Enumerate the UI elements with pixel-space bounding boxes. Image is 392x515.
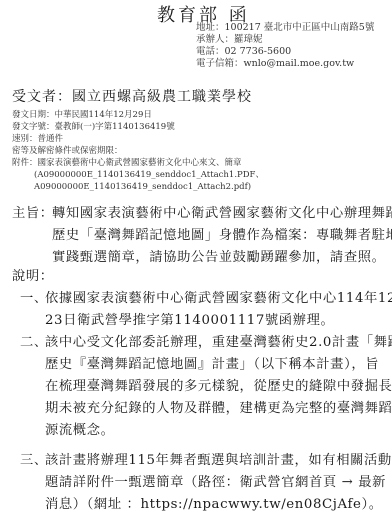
item-line: 依據國家表演藝術中心衛武營國家藝術文化中心114年12月: [45, 288, 392, 310]
subject-label: 主旨：: [12, 203, 54, 225]
subject-line: 實踐甄選簡章，請協助公告並鼓勵踴躍參加，請查照。: [52, 247, 386, 269]
subject-line: 歷史「臺灣舞蹈記憶地圖」身體作為檔案：專職舞者駐地: [52, 225, 392, 247]
item-line: 歷史『臺灣舞蹈記憶地圖』計畫」（以下稱本計畫），旨: [45, 354, 379, 376]
issue-date: 發文日期：中華民國114年12月29日: [12, 109, 152, 121]
item-line: 在梳理臺灣舞蹈發展的多元樣貌，從歷史的縫隙中發掘長: [45, 376, 392, 398]
document-number: 發文字號：臺教師(一)字第1140136419號: [12, 121, 175, 133]
item-line: 源流概念。: [45, 420, 114, 442]
item-marker: 二、: [20, 332, 48, 354]
item-marker: 三、: [20, 450, 48, 472]
item-line[interactable]: 消息）（網址 ：https://npacwwy.tw/en08CjAfe）。: [45, 494, 383, 515]
contact-email: 電子信箱：wnlo@mail.moe.gov.tw: [196, 58, 354, 70]
description-label: 說明：: [12, 266, 54, 288]
speed-class: 速別：普通件: [12, 133, 63, 145]
item-line: 題請詳附件一甄選簡章（路徑：衛武營官網首頁 → 最新: [45, 472, 386, 494]
attachment-file-1[interactable]: (A09000000E_1140136419_senddoc1_Attach1.…: [34, 169, 264, 181]
attachment-file-2[interactable]: A09000000E_1140136419_senddoc1_Attach2.p…: [34, 181, 251, 193]
item-marker: 一、: [20, 288, 48, 310]
item-line: 期未被充分紀錄的人物及群體，建構更為完整的臺灣舞蹈: [45, 398, 392, 420]
recipient: 受文者：國立西螺高級農工職業學校: [12, 86, 252, 106]
contact-phone: 電話：02 7736-5600: [196, 46, 291, 58]
attachment-label: 附件：國家表演藝術中心衛武營國家藝術文化中心來文、簡章: [12, 157, 242, 169]
contact-person: 承辦人：羅瑋妮: [196, 34, 263, 46]
subject-line: 轉知國家表演藝術中心衛武營國家藝術文化中心辦理舞蹈: [52, 203, 392, 225]
contact-address: 地址：100217 臺北市中正區中山南路5號: [196, 22, 374, 34]
secrecy-level: 密等及解密條件或保密期限：: [12, 145, 123, 157]
item-line: 該中心受文化部委託辦理，重建臺灣藝術史2.0計畫「舞蹈: [45, 332, 392, 354]
item-line: 23日衛武營學推字第1140001117號函辦理。: [45, 310, 334, 332]
item-line: 該計畫將辦理115年舞者甄選與培訓計畫，如有相關活動問: [45, 450, 392, 472]
